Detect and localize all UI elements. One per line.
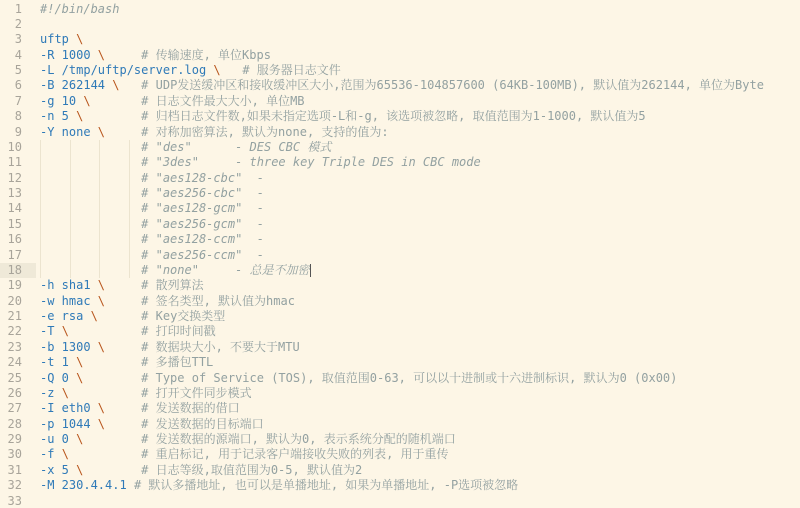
line-content: -b 1300 \ # 数据块大小, 不要大于MTU	[40, 340, 300, 355]
line-content: -B 262144 \ # UDP发送缓冲区和接收缓冲区大小,范围为65536-…	[40, 78, 764, 93]
line-continuation-backslash: \	[62, 447, 69, 461]
option-flag: -h sha1	[40, 278, 98, 292]
line-content: -f \ # 重启标记, 用于记录客户端接收失败的列表, 用于重传	[40, 447, 449, 462]
comment: # 发送数据的借口	[141, 401, 239, 415]
code-line[interactable]: 26-z \ # 打开文件同步模式	[0, 386, 800, 401]
code-line[interactable]: 17 # "aes256-ccm" -	[0, 248, 800, 263]
code-line[interactable]: 4-R 1000 \ # 传输速度, 单位Kbps	[0, 48, 800, 63]
line-content: -u 0 \ # 发送数据的源端口, 默认为0, 表示系统分配的随机端口	[40, 432, 456, 447]
code-line[interactable]: 33	[0, 494, 800, 508]
comment: # 发送数据的源端口, 默认为0, 表示系统分配的随机端口	[141, 432, 456, 446]
line-content: # "none" - 总是不加密	[40, 263, 311, 278]
line-content: -M 230.4.4.1 # 默认多播地址, 也可以是单播地址, 如果为单播地址…	[40, 478, 518, 493]
line-number: 22	[0, 324, 22, 339]
code-line[interactable]: 9-Y none \ # 对称加密算法, 默认为none, 支持的值为:	[0, 125, 800, 140]
code-line[interactable]: 32-M 230.4.4.1 # 默认多播地址, 也可以是单播地址, 如果为单播…	[0, 478, 800, 493]
line-number: 28	[0, 417, 22, 432]
comment: # "3des" - three key Triple DES in CBC m…	[141, 155, 481, 169]
line-continuation-backslash: \	[98, 125, 105, 139]
option-flag: -R 1000	[40, 48, 98, 62]
code-line[interactable]: 24-t 1 \ # 多播包TTL	[0, 355, 800, 370]
comment: # UDP发送缓冲区和接收缓冲区大小,范围为65536-104857600 (6…	[141, 78, 764, 92]
comment: # "des" - DES CBC 模式	[141, 140, 331, 154]
line-number: 23	[0, 340, 22, 355]
line-continuation-backslash: \	[98, 48, 105, 62]
line-content: -g 10 \ # 日志文件最大大小, 单位MB	[40, 94, 305, 109]
line-number: 12	[0, 171, 22, 186]
code-line[interactable]: 6-B 262144 \ # UDP发送缓冲区和接收缓冲区大小,范围为65536…	[0, 78, 800, 93]
line-content: -n 5 \ # 归档日志文件数,如果未指定选项-L和-g, 该选项被忽略, 取…	[40, 109, 646, 124]
comment: # 重启标记, 用于记录客户端接收失败的列表, 用于重传	[141, 447, 448, 461]
comment: # "aes256-gcm" -	[141, 217, 264, 231]
comment: # 服务器日志文件	[242, 63, 340, 77]
comment: # 打印时间戳	[141, 324, 215, 338]
line-content: # "aes256-ccm" -	[40, 248, 264, 263]
line-continuation-backslash: \	[98, 294, 105, 308]
line-number: 29	[0, 432, 22, 447]
line-number: 14	[0, 201, 22, 216]
option-flag: -u 0	[40, 432, 76, 446]
line-content: -R 1000 \ # 传输速度, 单位Kbps	[40, 48, 271, 63]
code-line[interactable]: 11 # "3des" - three key Triple DES in CB…	[0, 155, 800, 170]
line-number: 1	[0, 2, 22, 17]
line-number: 24	[0, 355, 22, 370]
line-content: -p 1044 \ # 发送数据的目标端口	[40, 417, 264, 432]
code-line[interactable]: 2	[0, 17, 800, 32]
line-content: -I eth0 \ # 发送数据的借口	[40, 401, 240, 416]
code-line[interactable]: 3uftp \	[0, 32, 800, 47]
comment: # 归档日志文件数,如果未指定选项-L和-g, 该选项被忽略, 取值范围为1-1…	[141, 109, 646, 123]
option-flag: -Y none	[40, 125, 98, 139]
line-continuation-backslash: \	[91, 309, 98, 323]
line-content: -Q 0 \ # Type of Service (TOS), 取值范围0-63…	[40, 371, 677, 386]
option-flag: -n 5	[40, 109, 76, 123]
code-line[interactable]: 28-p 1044 \ # 发送数据的目标端口	[0, 417, 800, 432]
line-continuation-backslash: \	[98, 401, 105, 415]
option-flag: -w hmac	[40, 294, 98, 308]
line-content: -t 1 \ # 多播包TTL	[40, 355, 213, 370]
comment: # "none" - 总是不加密	[141, 263, 309, 277]
comment: # 日志文件最大大小, 单位MB	[141, 94, 304, 108]
comment: # 多播包TTL	[141, 355, 213, 369]
line-number: 18	[0, 263, 36, 278]
line-number: 16	[0, 232, 22, 247]
code-editor[interactable]: 1#!/bin/bash23uftp \4-R 1000 \ # 传输速度, 单…	[0, 0, 800, 508]
option-flag: -B 262144	[40, 78, 112, 92]
comment: # "aes128-ccm" -	[141, 232, 264, 246]
code-line[interactable]: 15 # "aes256-gcm" -	[0, 217, 800, 232]
comment: # "aes256-cbc" -	[141, 186, 264, 200]
line-number: 30	[0, 447, 22, 462]
line-continuation-backslash: \	[76, 32, 83, 46]
code-line[interactable]: 20-w hmac \ # 签名类型, 默认值为hmac	[0, 294, 800, 309]
code-line[interactable]: 31-x 5 \ # 日志等级,取值范围为0-5, 默认值为2	[0, 463, 800, 478]
line-content: # "aes128-cbc" -	[40, 171, 264, 186]
line-number: 17	[0, 248, 22, 263]
line-content: # "aes256-cbc" -	[40, 186, 264, 201]
comment: # 默认多播地址, 也可以是单播地址, 如果为单播地址, -P选项被忽略	[134, 478, 518, 492]
code-line[interactable]: 30-f \ # 重启标记, 用于记录客户端接收失败的列表, 用于重传	[0, 447, 800, 462]
line-number: 26	[0, 386, 22, 401]
line-number: 8	[0, 109, 22, 124]
option-flag: -t 1	[40, 355, 76, 369]
option-flag: -e rsa	[40, 309, 91, 323]
comment: # 数据块大小, 不要大于MTU	[141, 340, 300, 354]
line-number: 10	[0, 140, 22, 155]
line-content: # "aes128-gcm" -	[40, 201, 264, 216]
code-line[interactable]: 10 # "des" - DES CBC 模式	[0, 140, 800, 155]
line-number: 9	[0, 125, 22, 140]
line-content: # "aes128-ccm" -	[40, 232, 264, 247]
line-number: 11	[0, 155, 22, 170]
line-content: -z \ # 打开文件同步模式	[40, 386, 252, 401]
line-number: 32	[0, 478, 22, 493]
line-number: 13	[0, 186, 22, 201]
option-flag: -L /tmp/uftp/server.log	[40, 63, 213, 77]
line-number: 25	[0, 371, 22, 386]
line-continuation-backslash: \	[62, 324, 69, 338]
comment: # 打开文件同步模式	[141, 386, 251, 400]
comment: # Key交换类型	[141, 309, 225, 323]
code-line[interactable]: 18 # "none" - 总是不加密	[0, 263, 800, 278]
line-continuation-backslash: \	[98, 417, 105, 431]
shebang-comment: #!/bin/bash	[40, 2, 119, 16]
option-flag: -M 230.4.4.1	[40, 478, 127, 492]
code-line[interactable]: 29-u 0 \ # 发送数据的源端口, 默认为0, 表示系统分配的随机端口	[0, 432, 800, 447]
comment: # 签名类型, 默认值为hmac	[141, 294, 295, 308]
line-number: 3	[0, 32, 22, 47]
line-continuation-backslash: \	[83, 94, 90, 108]
line-number: 33	[0, 494, 22, 508]
comment: # "aes128-cbc" -	[141, 171, 264, 185]
line-content: -e rsa \ # Key交换类型	[40, 309, 225, 324]
line-number: 21	[0, 309, 22, 324]
code-line[interactable]: 14 # "aes128-gcm" -	[0, 201, 800, 216]
option-flag: -g 10	[40, 94, 83, 108]
line-number: 5	[0, 63, 22, 78]
option-flag: -z	[40, 386, 62, 400]
code-line[interactable]: 19-h sha1 \ # 散列算法	[0, 278, 800, 293]
text-cursor	[310, 264, 311, 277]
comment: # "aes128-gcm" -	[141, 201, 264, 215]
line-continuation-backslash: \	[62, 386, 69, 400]
code-line[interactable]: 21-e rsa \ # Key交换类型	[0, 309, 800, 324]
line-content: # "des" - DES CBC 模式	[40, 140, 331, 155]
code-line[interactable]: 16 # "aes128-ccm" -	[0, 232, 800, 247]
code-line[interactable]: 1#!/bin/bash	[0, 2, 800, 17]
line-number: 27	[0, 401, 22, 416]
option-flag: -x 5	[40, 463, 76, 477]
line-number: 15	[0, 217, 22, 232]
line-number: 2	[0, 17, 22, 32]
comment: # 传输速度, 单位Kbps	[141, 48, 271, 62]
comment: # "aes256-ccm" -	[141, 248, 264, 262]
line-number: 20	[0, 294, 22, 309]
line-content: #!/bin/bash	[40, 2, 119, 17]
code-line[interactable]: 27-I eth0 \ # 发送数据的借口	[0, 401, 800, 416]
line-content: -w hmac \ # 签名类型, 默认值为hmac	[40, 294, 295, 309]
code-line[interactable]: 25-Q 0 \ # Type of Service (TOS), 取值范围0-…	[0, 371, 800, 386]
line-continuation-backslash: \	[98, 278, 105, 292]
comment: # 日志等级,取值范围为0-5, 默认值为2	[141, 463, 362, 477]
line-content: -h sha1 \ # 散列算法	[40, 278, 204, 293]
option-flag: -p 1044	[40, 417, 98, 431]
option-flag: -b 1300	[40, 340, 98, 354]
line-content: # "aes256-gcm" -	[40, 217, 264, 232]
line-number: 7	[0, 94, 22, 109]
line-content: # "3des" - three key Triple DES in CBC m…	[40, 155, 481, 170]
line-content: -T \ # 打印时间戳	[40, 324, 216, 339]
comment: # Type of Service (TOS), 取值范围0-63, 可以以十进…	[141, 371, 677, 385]
option-flag: uftp	[40, 32, 76, 46]
code-line[interactable]: 5-L /tmp/uftp/server.log \ # 服务器日志文件	[0, 63, 800, 78]
line-content: uftp \	[40, 32, 83, 47]
line-content: -x 5 \ # 日志等级,取值范围为0-5, 默认值为2	[40, 463, 362, 478]
line-continuation-backslash: \	[98, 340, 105, 354]
code-line[interactable]: 7-g 10 \ # 日志文件最大大小, 单位MB	[0, 94, 800, 109]
code-line[interactable]: 12 # "aes128-cbc" -	[0, 171, 800, 186]
option-flag: -T	[40, 324, 62, 338]
line-content: -Y none \ # 对称加密算法, 默认为none, 支持的值为:	[40, 125, 389, 140]
option-flag: -I eth0	[40, 401, 98, 415]
code-line[interactable]: 8-n 5 \ # 归档日志文件数,如果未指定选项-L和-g, 该选项被忽略, …	[0, 109, 800, 124]
comment: # 对称加密算法, 默认为none, 支持的值为:	[141, 125, 388, 139]
code-line[interactable]: 22-T \ # 打印时间戳	[0, 324, 800, 339]
option-flag: -f	[40, 447, 62, 461]
code-line[interactable]: 23-b 1300 \ # 数据块大小, 不要大于MTU	[0, 340, 800, 355]
line-number: 19	[0, 278, 22, 293]
code-line[interactable]: 13 # "aes256-cbc" -	[0, 186, 800, 201]
line-number: 31	[0, 463, 22, 478]
comment: # 散列算法	[141, 278, 203, 292]
line-number: 6	[0, 78, 22, 93]
option-flag: -Q 0	[40, 371, 76, 385]
comment: # 发送数据的目标端口	[141, 417, 263, 431]
line-continuation-backslash: \	[213, 63, 220, 77]
line-number: 4	[0, 48, 22, 63]
line-content: -L /tmp/uftp/server.log \ # 服务器日志文件	[40, 63, 341, 78]
